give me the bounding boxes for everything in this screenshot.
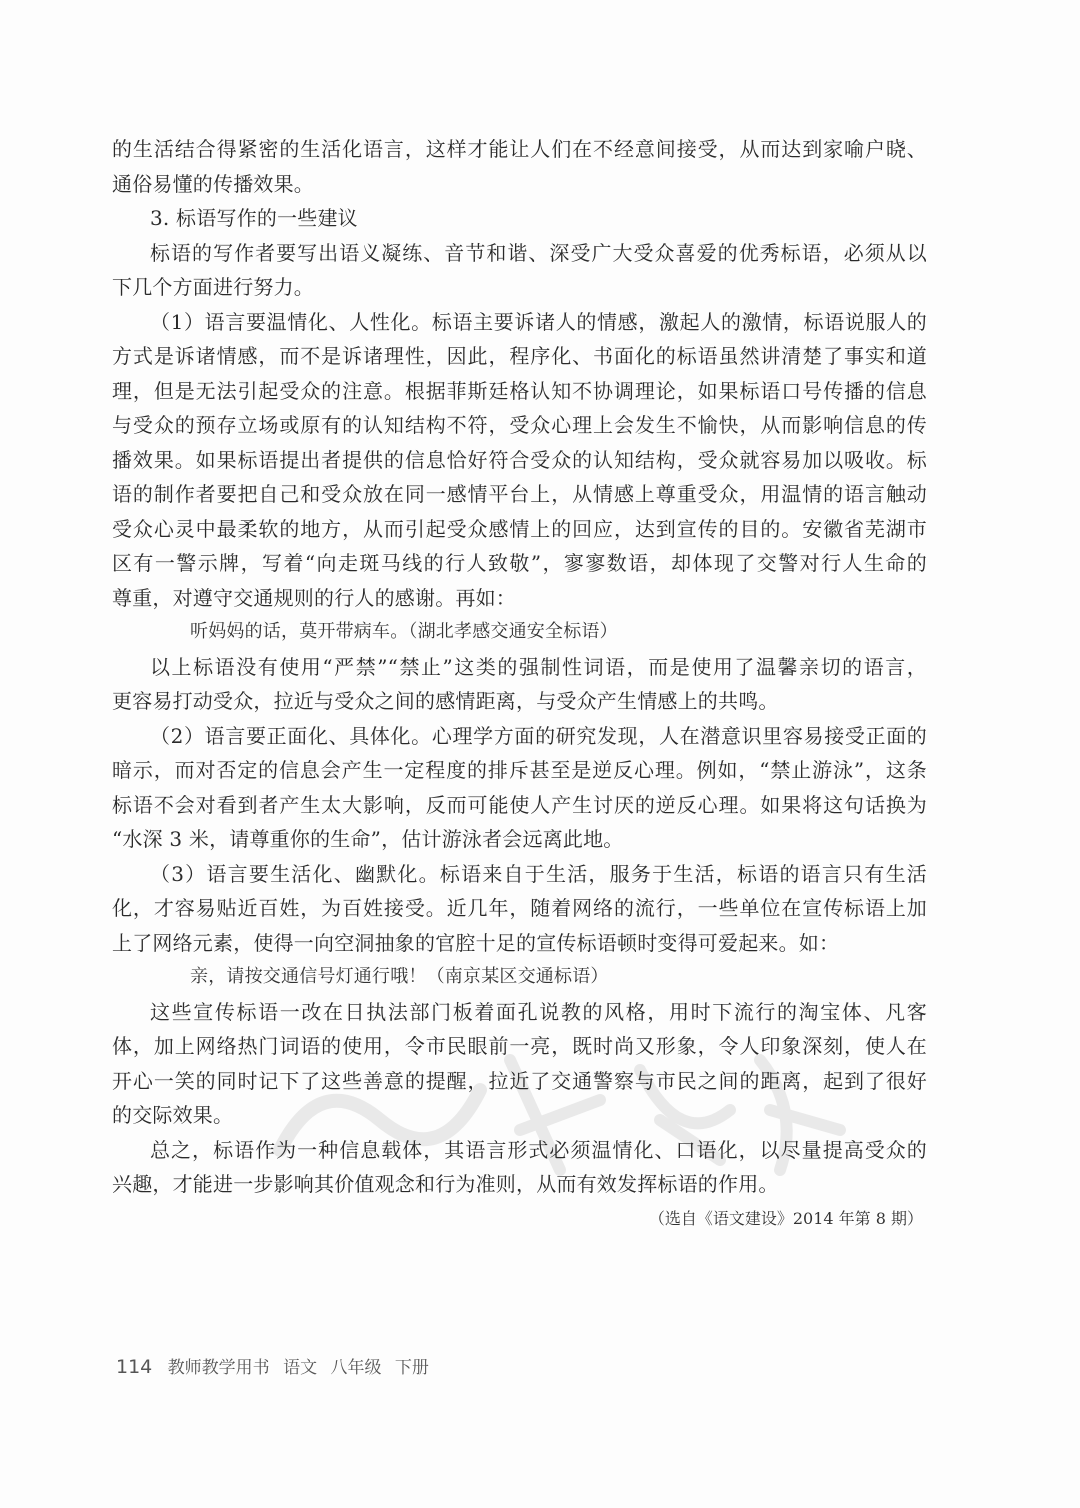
text-line: 尊重，对遵守交通规则的行人的感谢。再如： bbox=[112, 581, 927, 616]
text-line: 理，但是无法引起受众的注意。根据菲斯廷格认知不协调理论，如果标语口号传播的信息 bbox=[112, 374, 927, 409]
text-line: 兴趣，才能进一步影响其价值观念和行为准则，从而有效发挥标语的作用。 bbox=[112, 1167, 927, 1202]
subject-label: 语文 bbox=[283, 1358, 317, 1378]
text-line: “水深 3 米，请尊重你的生命”，估计游泳者会远离此地。 bbox=[112, 822, 927, 857]
text-line: 播效果。如果标语提出者提供的信息恰好符合受众的认知结构，受众就容易加以吸收。标 bbox=[112, 443, 927, 478]
text-line: 通俗易懂的传播效果。 bbox=[112, 167, 927, 202]
text-line: 的生活结合得紧密的生活化语言，这样才能让人们在不经意间接受，从而达到家喻户晓、 bbox=[112, 132, 927, 167]
paragraph-start: （3）语言要生活化、幽默化。标语来自于生活，服务于生活，标语的语言只有生活 bbox=[112, 857, 927, 892]
page-footer: 114 教师教学用书 语文 八年级 下册 bbox=[116, 1353, 437, 1378]
paragraph-start: 总之，标语作为一种信息载体，其语言形式必须温情化、口语化，以尽量提高受众的 bbox=[112, 1133, 927, 1168]
paragraph-start: 以上标语没有使用“严禁”“禁止”这类的强制性词语，而是使用了温馨亲切的语言， bbox=[112, 650, 927, 685]
text-line: 暗示，而对否定的信息会产生一定程度的排斥甚至是逆反心理。例如，“禁止游泳”，这条 bbox=[112, 753, 927, 788]
text-line: 的交际效果。 bbox=[112, 1098, 927, 1133]
text-line: 区有一警示牌，写着“向走斑马线的行人致敬”，寥寥数语，却体现了交警对行人生命的 bbox=[112, 546, 927, 581]
text-line: 与受众的预存立场或原有的认知结构不符，受众心理上会发生不愉快，从而影响信息的传 bbox=[112, 408, 927, 443]
paragraph-start: （1）语言要温情化、人性化。标语主要诉诸人的情感，激起人的激情，标语说服人的 bbox=[112, 305, 927, 340]
text-line: 化，才容易贴近百姓，为百姓接受。近几年，随着网络的流行，一些单位在宣传标语上加 bbox=[112, 891, 927, 926]
source-citation: （选自《语文建设》2014 年第 8 期） bbox=[112, 1202, 927, 1236]
slogan-example: 听妈妈的话，莫开带病车。（湖北孝感交通安全标语） bbox=[112, 615, 927, 650]
paragraph-start: 这些宣传标语一改在日执法部门板着面孔说教的风格，用时下流行的淘宝体、凡客 bbox=[112, 995, 927, 1030]
paragraph-start: 标语的写作者要写出语义凝练、音节和谐、深受广大受众喜爱的优秀标语，必须从以 bbox=[112, 236, 927, 271]
volume-label: 下册 bbox=[395, 1358, 429, 1378]
text-line: 标语不会对看到者产生太大影响，反而可能使人产生讨厌的逆反心理。如果将这句话换为 bbox=[112, 788, 927, 823]
text-line: 下几个方面进行努力。 bbox=[112, 270, 927, 305]
text-line: 方式是诉诸情感，而不是诉诸理性，因此，程序化、书面化的标语虽然讲清楚了事实和道 bbox=[112, 339, 927, 374]
text-line: 开心一笑的同时记下了这些善意的提醒，拉近了交通警察与市民之间的距离，起到了很好 bbox=[112, 1064, 927, 1099]
grade-label: 八年级 bbox=[330, 1358, 381, 1378]
section-heading: 3. 标语写作的一些建议 bbox=[112, 201, 927, 236]
slogan-example: 亲，请按交通信号灯通行哦！（南京某区交通标语） bbox=[112, 960, 927, 995]
text-line: 受众心灵中最柔软的地方，从而引起受众感情上的回应，达到宣传的目的。安徽省芜湖市 bbox=[112, 512, 927, 547]
page-number: 114 bbox=[116, 1356, 152, 1378]
text-line: 更容易打动受众，拉近与受众之间的感情距离，与受众产生情感上的共鸣。 bbox=[112, 684, 927, 719]
article-body: 的生活结合得紧密的生活化语言，这样才能让人们在不经意间接受，从而达到家喻户晓、 … bbox=[112, 132, 927, 1236]
paragraph-start: （2）语言要正面化、具体化。心理学方面的研究发现，人在潜意识里容易接受正面的 bbox=[112, 719, 927, 754]
text-line: 语的制作者要把自己和受众放在同一感情平台上，从情感上尊重受众，用温情的语言触动 bbox=[112, 477, 927, 512]
text-line: 上了网络元素，使得一向空洞抽象的官腔十足的宣传标语顿时变得可爱起来。如： bbox=[112, 926, 927, 961]
document-page: 的生活结合得紧密的生活化语言，这样才能让人们在不经意间接受，从而达到家喻户晓、 … bbox=[0, 0, 1080, 1508]
book-title: 教师教学用书 bbox=[168, 1358, 270, 1378]
text-line: 体，加上网络热门词语的使用，令市民眼前一亮，既时尚又形象，令人印象深刻，使人在 bbox=[112, 1029, 927, 1064]
